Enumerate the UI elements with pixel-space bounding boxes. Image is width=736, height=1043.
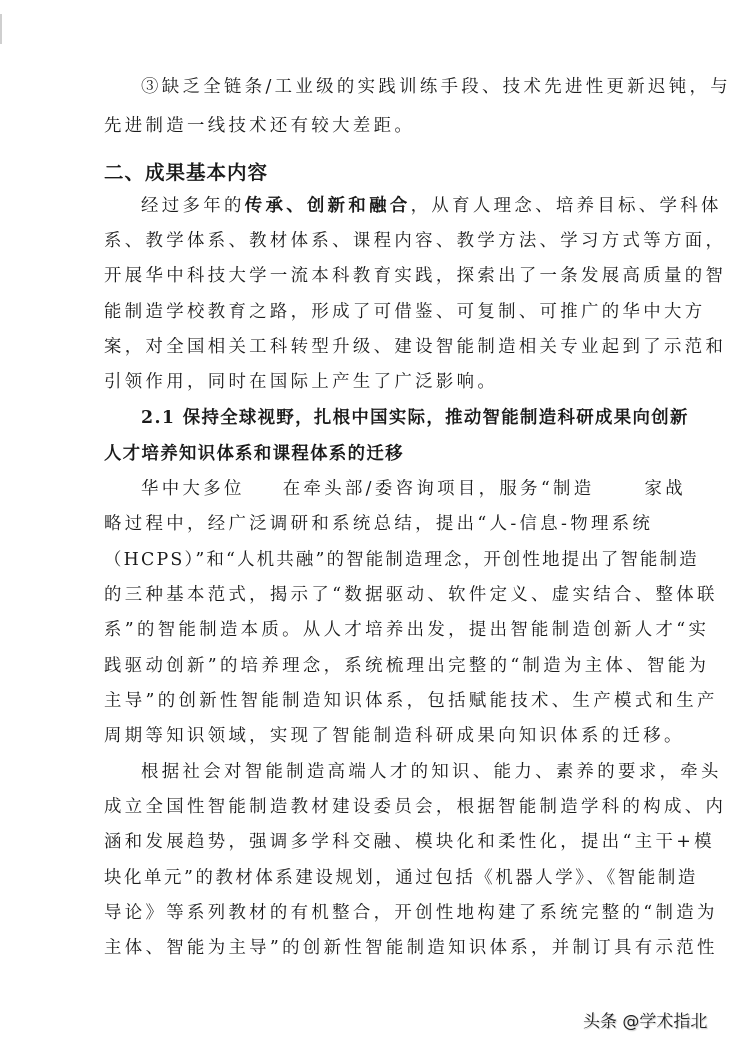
paragraph-line: 经过多年的传承、创新和融合，从育人理念、培养目标、学科体 <box>141 195 722 217</box>
paragraph-line: 案，对全国相关工科转型升级、建设智能制造相关专业起到了示范和 <box>104 336 726 358</box>
paragraph-line: 能制造学校教育之路，形成了可借鉴、可复制、可推广的华中大方 <box>104 301 705 323</box>
paragraph-line: 涵和发展趋势，强调多学科交融、模块化和柔性化，提出“主干+模 <box>104 831 715 853</box>
text-span: 家战 <box>645 479 686 499</box>
paragraph-line: 系”的智能制造本质。从人才培养出发，提出智能制造创新人才“实 <box>104 619 709 641</box>
paragraph-line: 的三种基本范式，揭示了“数据驱动、软件定义、虚实结合、整体联 <box>104 584 718 606</box>
paragraph-line: 块化单元”的教材体系建设规划，通过包括《机器人学》、《智能制造 <box>104 867 698 889</box>
bold-text: 传承、创新和融合 <box>245 196 411 216</box>
watermark: 头条 @学术指北 <box>583 1007 707 1032</box>
paragraph-line: 华中大多位在牵头部/委咨询项目，服务“制造家战 <box>141 478 686 500</box>
paragraph-line: 主导”的创新性智能制造知识体系，包括赋能技术、生产模式和生产 <box>104 690 718 712</box>
paragraph-line: 先进制造一线技术还有较大差距。 <box>104 115 415 137</box>
paragraph-line: 成立全国性智能制造教材建设委员会，根据智能制造学科的构成、内 <box>104 796 726 818</box>
page-edge-line <box>0 14 2 44</box>
paragraph-line: 引领作用，同时在国际上产生了广泛影响。 <box>104 371 498 393</box>
paragraph-line: 开展华中科技大学一流本科教育实践，探索出了一条发展高质量的智 <box>104 265 726 287</box>
paragraph-line: 根据社会对智能制造高端人才的知识、能力、素养的要求，牵头 <box>141 761 722 783</box>
paragraph-line: （HCPS）”和“人机共融”的智能制造理念，开创性地提出了智能制造 <box>104 549 699 571</box>
paragraph-line: ③缺乏全链条/工业级的实践训练手段、技术先进性更新迟钝，与 <box>141 76 731 98</box>
paragraph-line: 践驱动创新”的培养理念，系统梳理出完整的“制造为主体、智能为 <box>104 655 709 677</box>
section-heading: 二、成果基本内容 <box>104 162 268 184</box>
text-span: 在牵头部/委咨询项目，服务“制造 <box>283 479 595 499</box>
paragraph-line: 系、教学体系、教材体系、课程内容、教学方法、学习方式等方面， <box>104 230 726 252</box>
text-span: 经过多年的 <box>141 196 245 216</box>
text-span: 华中大多位 <box>141 479 245 499</box>
paragraph-line: 导论》等系列教材的有机整合，开创性地构建了系统完整的“制造为 <box>104 902 718 924</box>
paragraph-line: 周期等知识领域，实现了智能制造科研成果向知识体系的迁移。 <box>104 725 685 747</box>
subsection-heading: 人才培养知识体系和课程体系的迁移 <box>104 443 404 465</box>
subsection-heading: 2.1 保持全球视野，扎根中国实际，推动智能制造科研成果向创新 <box>141 407 689 429</box>
paragraph-line: 主体、智能为主导”的创新性智能制造知识体系，并制订具有示范性 <box>104 937 718 959</box>
text-span: ，从育人理念、培养目标、学科体 <box>411 196 722 216</box>
paragraph-line: 略过程中，经广泛调研和系统总结，提出“人-信息-物理系统 <box>104 513 653 535</box>
